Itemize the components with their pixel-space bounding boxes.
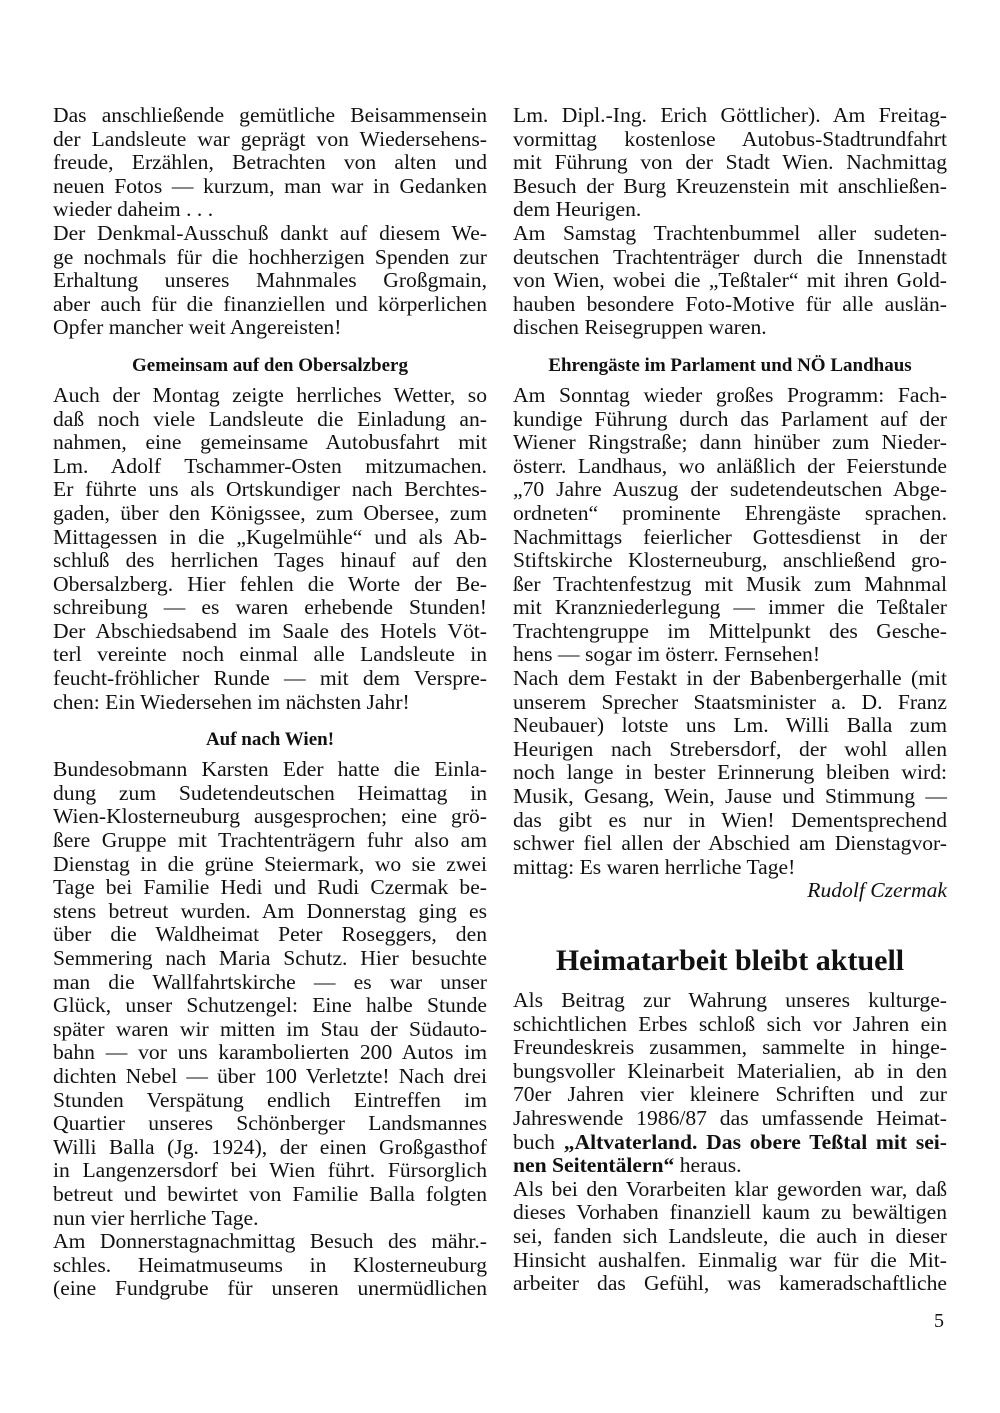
text-line: Musik, Gesang, Wein, Jause und Stimmung … <box>513 785 947 809</box>
paragraph: Am Sonntag wieder großes Programm: Fach-… <box>513 384 947 667</box>
text-line: Opfer mancher weit Angereisten! <box>53 316 487 340</box>
text-line: sei, fanden sich Landsleute, die auch in… <box>513 1225 947 1249</box>
text-line: daß noch viele Landsleute die Einladung … <box>53 408 487 432</box>
text-line: nen Seitentälern“ heraus. <box>513 1154 947 1178</box>
article-headline: Heimatarbeit bleibt aktuell <box>513 943 947 979</box>
text-line: Semmering nach Maria Schutz. Hier besuch… <box>53 947 487 971</box>
text-line: Stunden Verspätung endlich Eintreffen im <box>53 1089 487 1113</box>
paragraph: Bundesobmann Karsten Eder hatte die Einl… <box>53 758 487 1230</box>
left-column: Das anschließende gemütliche Beisammense… <box>53 104 487 1301</box>
text-line: hens — sogar im österr. Fernsehen! <box>513 643 947 667</box>
text-line: dischen Reisegruppen waren. <box>513 316 947 340</box>
text-line: ßer Trachtenfestzug mit Musik zum Mahnma… <box>513 573 947 597</box>
text-line: schwer fiel allen der Abschied am Dienst… <box>513 832 947 856</box>
text-line: Quartier unseres Schönberger Landsmannes <box>53 1112 487 1136</box>
text-line: Stiftskirche Klosterneuburg, anschließen… <box>513 549 947 573</box>
paragraph: Am Samstag Trachtenbummel aller sudeten-… <box>513 222 947 340</box>
text-line: über die Waldheimat Peter Roseggers, den <box>53 923 487 947</box>
text-line: mittag: Es waren herrliche Tage! <box>513 856 947 880</box>
text-line: Willi Balla (Jg. 1924), der einen Großga… <box>53 1136 487 1160</box>
text-line: (eine Fundgrube für unseren unermüdliche… <box>53 1277 487 1301</box>
text-line: Wiener Ringstraße; dann hinüber zum Nied… <box>513 431 947 455</box>
section-heading: Ehrengäste im Parlament und NÖ Landhaus <box>513 354 947 378</box>
text-line: Neubauer) lotste uns Lm. Willi Balla zum <box>513 714 947 738</box>
paragraph: Als bei den Vorarbeiten klar geworden wa… <box>513 1178 947 1296</box>
book-title: nen Seitentälern“ <box>513 1153 674 1177</box>
text-line: Als Beitrag zur Wahrung unseres kulturge… <box>513 989 947 1013</box>
text-line: von Wien, wobei die „Teßtaler“ mit ihren… <box>513 269 947 293</box>
text-line: Besuch der Burg Kreuzenstein mit anschli… <box>513 175 947 199</box>
text-line: wieder daheim . . . <box>53 198 487 222</box>
text-line: später waren wir mitten im Stau der Süda… <box>53 1018 487 1042</box>
paragraph: Am Donnerstagnachmittag Besuch des mähr.… <box>53 1230 487 1301</box>
text-line: ßere Gruppe mit Trachtenträgern fuhr als… <box>53 829 487 853</box>
text-line: bungsvoller Kleinarbeit Materialien, ab … <box>513 1060 947 1084</box>
text-line: Obersalzberg. Hier fehlen die Worte der … <box>53 573 487 597</box>
text-line: Nachmittags feierlicher Gottesdienst in … <box>513 526 947 550</box>
text-line: noch lange in bester Erinnerung bleiben … <box>513 761 947 785</box>
text-line: deutschen Trachtenträger durch die Innen… <box>513 246 947 270</box>
text-line: buch „Altvaterland. Das obere Teßtal mit… <box>513 1131 947 1155</box>
text-line: chen: Ein Wiedersehen im nächsten Jahr! <box>53 691 487 715</box>
text-line: österr. Landhaus, wo anläßlich der Feier… <box>513 455 947 479</box>
text-line: Lm. Adolf Tschammer-Osten mitzumachen. <box>53 455 487 479</box>
text-line: 70er Jahren vier kleinere Schriften und … <box>513 1083 947 1107</box>
paragraph: Als Beitrag zur Wahrung unseres kulturge… <box>513 989 947 1178</box>
paragraph: Das anschließende gemütliche Beisammense… <box>53 104 487 222</box>
text-line: der Landsleute war geprägt von Wiederseh… <box>53 128 487 152</box>
text-line: schreibung — es waren erhebende Stunden! <box>53 596 487 620</box>
text-line: schichtlichen Erbes schloß sich vor Jahr… <box>513 1013 947 1037</box>
text-line: Bundesobmann Karsten Eder hatte die Einl… <box>53 758 487 782</box>
text-line: Am Donnerstagnachmittag Besuch des mähr.… <box>53 1230 487 1254</box>
text-line: ordneten“ prominente Ehrengäste sprachen… <box>513 502 947 526</box>
text-line: dieses Vorhaben finanziell kaum zu bewäl… <box>513 1201 947 1225</box>
text-line: Mittagessen in die „Kugelmühle“ und als … <box>53 526 487 550</box>
text-line: nun vier herrliche Tage. <box>53 1207 487 1231</box>
paragraph: Der Denkmal-Ausschuß dankt auf diesem We… <box>53 222 487 340</box>
section-heading: Gemeinsam auf den Obersalzberg <box>53 354 487 378</box>
text-line: Wien-Klosterneuburg ausgesprochen; eine … <box>53 805 487 829</box>
text-line: Freundeskreis zusammen, sammelte in hing… <box>513 1036 947 1060</box>
text-line: bahn — vor uns karambolierten 200 Autos … <box>53 1041 487 1065</box>
text-line: in Langenzersdorf bei Wien führt. Fürsor… <box>53 1159 487 1183</box>
right-column: Lm. Dipl.-Ing. Erich Göttlicher). Am Fre… <box>513 104 947 1296</box>
text-line: freude, Erzählen, Betrachten von alten u… <box>53 151 487 175</box>
text-line: Als bei den Vorarbeiten klar geworden wa… <box>513 1178 947 1202</box>
section-heading: Auf nach Wien! <box>53 728 487 752</box>
paragraph: Der Abschiedsabend im Saale des Hotels V… <box>53 620 487 714</box>
text-line: Nach dem Festakt in der Babenbergerhalle… <box>513 667 947 691</box>
text-line: Jahreswende 1986/87 das umfassende Heima… <box>513 1107 947 1131</box>
text-line: feucht-fröhlicher Runde — mit dem Verspr… <box>53 667 487 691</box>
text-line: dung zum Sudetendeutschen Heimattag in <box>53 782 487 806</box>
text-line: das gibt es nur in Wien! Dementsprechend <box>513 809 947 833</box>
text-line: Auch der Montag zeigte herrliches Wetter… <box>53 384 487 408</box>
paragraph: Auch der Montag zeigte herrliches Wetter… <box>53 384 487 620</box>
text-line: ge nochmals für die hochherzigen Spenden… <box>53 246 487 270</box>
text-line: Das anschließende gemütliche Beisammense… <box>53 104 487 128</box>
text-line: neuen Fotos — kurzum, man war in Gedanke… <box>53 175 487 199</box>
book-title: „Altvaterland. Das obere Teßtal mit sei- <box>564 1130 947 1154</box>
text-line: Heurigen nach Strebersdorf, der wohl all… <box>513 738 947 762</box>
paragraph: Nach dem Festakt in der Babenbergerhalle… <box>513 667 947 879</box>
text-line: Lm. Dipl.-Ing. Erich Göttlicher). Am Fre… <box>513 104 947 128</box>
text-line: schluß des herrlichen Tages hinauf auf d… <box>53 549 487 573</box>
text-line: dichten Nebel — über 100 Verletzte! Nach… <box>53 1065 487 1089</box>
text-line: Der Abschiedsabend im Saale des Hotels V… <box>53 620 487 644</box>
text-line: Dienstag in die grüne Steiermark, wo sie… <box>53 853 487 877</box>
text-line: terl vereinte noch einmal alle Landsleut… <box>53 643 487 667</box>
text-line: Am Sonntag wieder großes Programm: Fach- <box>513 384 947 408</box>
page-number: 5 <box>934 1310 944 1333</box>
text-line: schles. Heimatmuseums in Klosterneuburg <box>53 1254 487 1278</box>
text-line: hauben besondere Foto-Motive für alle au… <box>513 293 947 317</box>
text-fragment: heraus. <box>674 1153 741 1177</box>
text-line: Hinsicht aushalfen. Einmalig war für die… <box>513 1249 947 1273</box>
text-line: dem Heurigen. <box>513 198 947 222</box>
text-line: mit Führung von der Stadt Wien. Nachmitt… <box>513 151 947 175</box>
text-line: Trachtengruppe im Mittelpunkt des Gesche… <box>513 620 947 644</box>
text-line: unserem Sprecher Staatsminister a. D. Fr… <box>513 691 947 715</box>
text-line: aber auch für die finanziellen und körpe… <box>53 293 487 317</box>
text-line: Erhaltung unseres Mahnmales Großgmain, <box>53 269 487 293</box>
text-line: arbeiter das Gefühl, was kameradschaftli… <box>513 1272 947 1296</box>
text-fragment: buch <box>513 1130 564 1154</box>
paragraph: Lm. Dipl.-Ing. Erich Göttlicher). Am Fre… <box>513 104 947 222</box>
text-line: stens betreut wurden. Am Donnerstag ging… <box>53 900 487 924</box>
text-line: mit Kranzniederlegung — immer die Teßtal… <box>513 596 947 620</box>
text-line: „70 Jahre Auszug der sudetendeutschen Ab… <box>513 478 947 502</box>
text-line: gaden, über den Königssee, zum Obersee, … <box>53 502 487 526</box>
text-line: man die Wallfahrtskirche — es war unser <box>53 971 487 995</box>
text-line: kundige Führung durch das Parlament auf … <box>513 408 947 432</box>
text-line: Glück, unser Schutzengel: Eine halbe Stu… <box>53 994 487 1018</box>
text-line: betreut und bewirtet von Familie Balla f… <box>53 1183 487 1207</box>
author-signature: Rudolf Czermak <box>513 879 947 903</box>
text-line: Am Samstag Trachtenbummel aller sudeten- <box>513 222 947 246</box>
text-line: Der Denkmal-Ausschuß dankt auf diesem We… <box>53 222 487 246</box>
text-line: nahmen, eine gemeinsame Autobusfahrt mit <box>53 431 487 455</box>
text-line: vormittag kostenlose Autobus-Stadtrundfa… <box>513 128 947 152</box>
text-line: Tage bei Familie Hedi und Rudi Czermak b… <box>53 876 487 900</box>
text-line: Er führte uns als Ortskundiger nach Berc… <box>53 478 487 502</box>
